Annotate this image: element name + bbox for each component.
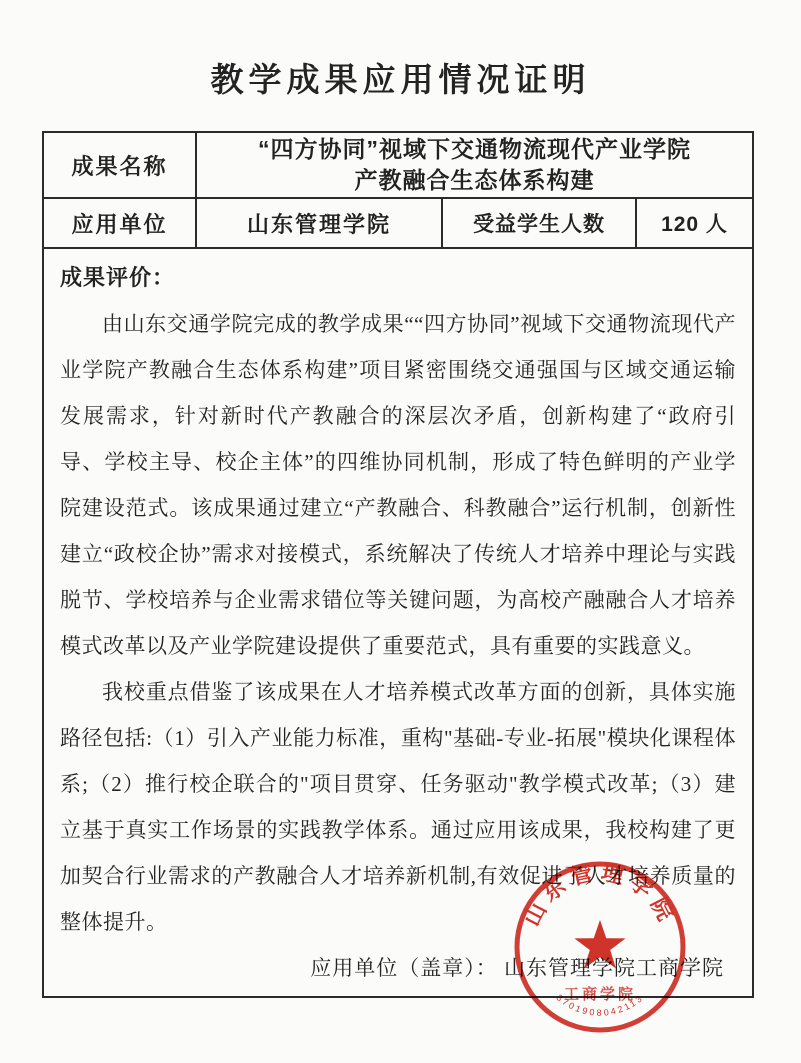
application-unit-value: 山东管理学院: [197, 199, 443, 247]
evaluation-paragraph-1: 由山东交通学院完成的教学成果““四方协同”视域下交通物流现代产业学院产教融合生态…: [60, 301, 736, 669]
achievement-name-line1: “四方协同”视域下交通物流现代产业学院: [258, 134, 691, 165]
signature-line: 应用单位（盖章）： 山东管理学院工商学院: [44, 945, 724, 991]
achievement-name-line2: 产教融合生态体系构建: [355, 165, 595, 196]
benefit-students-label: 受益学生人数: [443, 199, 637, 247]
evaluation-body: 由山东交通学院完成的教学成果““四方协同”视域下交通物流现代产业学院产教融合生态…: [60, 301, 736, 945]
achievement-name-label: 成果名称: [44, 133, 197, 197]
document-page: { "page": { "title": "教学成果应用情况证明" }, "ta…: [0, 0, 801, 1063]
evaluation-paragraph-2: 我校重点借鉴了该成果在人才培养模式改革方面的创新，具体实施路径包括:（1）引入产…: [60, 669, 736, 945]
table-row-evaluation: 成果评价： 由山东交通学院完成的教学成果““四方协同”视域下交通物流现代产业学院…: [44, 249, 752, 996]
benefit-students-value: 120 人: [637, 199, 752, 247]
achievement-table: 成果名称 “四方协同”视域下交通物流现代产业学院 产教融合生态体系构建 应用单位…: [42, 131, 754, 998]
application-unit-label: 应用单位: [44, 199, 197, 247]
achievement-name-value: “四方协同”视域下交通物流现代产业学院 产教融合生态体系构建: [197, 133, 752, 197]
evaluation-heading: 成果评价：: [44, 249, 752, 301]
table-row-achievement-name: 成果名称 “四方协同”视域下交通物流现代产业学院 产教融合生态体系构建: [44, 133, 752, 199]
date-line: 2025 年 3 月 21 日: [44, 991, 682, 996]
table-row-application-unit: 应用单位 山东管理学院 受益学生人数 120 人: [44, 199, 752, 249]
page-title: 教学成果应用情况证明: [0, 54, 801, 101]
